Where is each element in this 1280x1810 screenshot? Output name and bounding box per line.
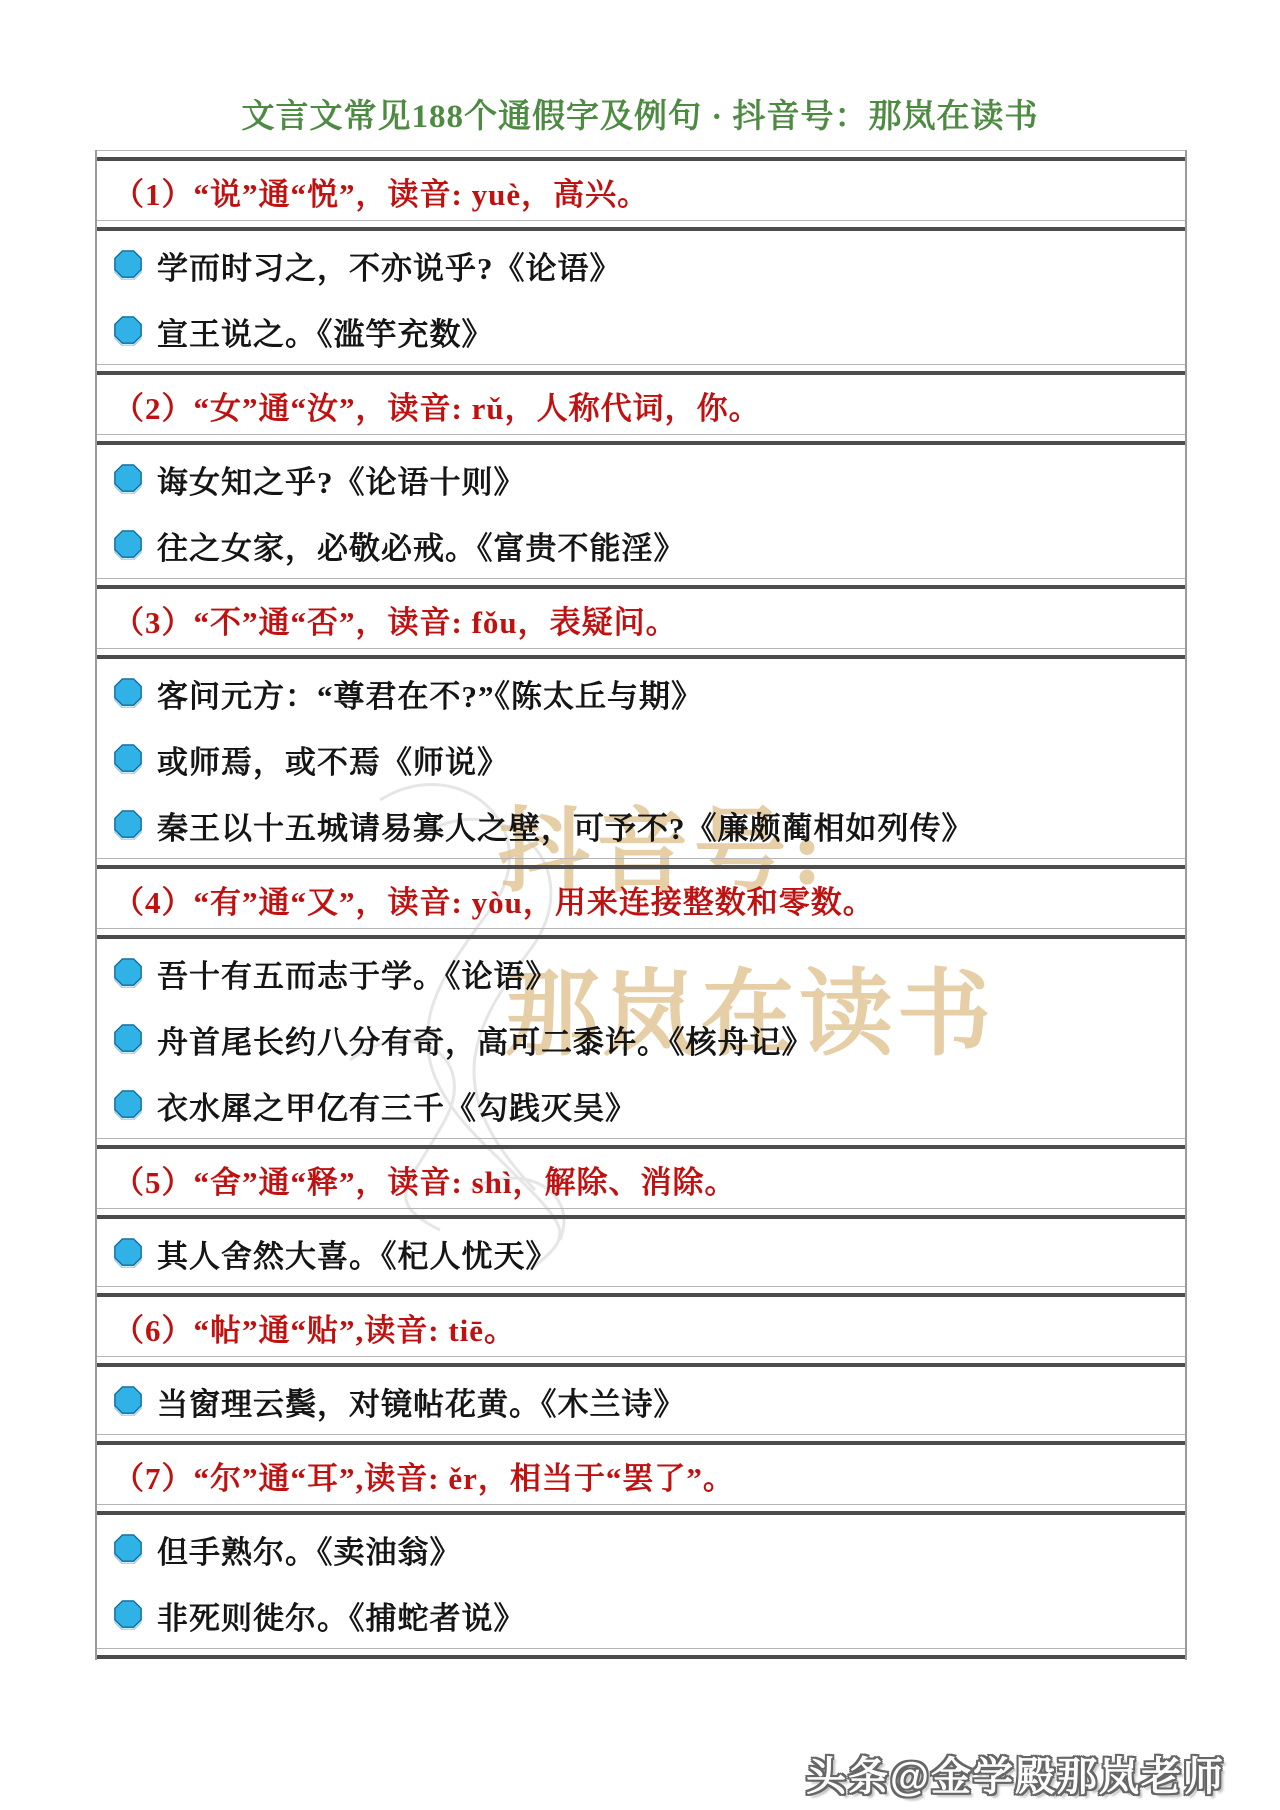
octagon-bullet-icon	[113, 464, 143, 494]
octagon-bullet-icon	[113, 530, 143, 560]
rules-table: （1）“说”通“悦”，读音: yuè，高兴。 学而时习之，不亦说乎?《论语》 宣…	[95, 150, 1187, 1660]
rule-header-text: （6）“帖”通“贴”,读音: tiē。	[113, 1305, 516, 1350]
rule-header-text: （4）“有”通“又”，读音: yòu，用来连接整数和零数。	[113, 877, 875, 922]
row-separator	[97, 578, 1185, 590]
row-separator	[97, 1648, 1185, 1660]
example-text: 学而时习之，不亦说乎?《论语》	[157, 243, 622, 288]
octagon-bullet-icon	[113, 1386, 143, 1416]
rule-header-row: （7）“尔”通“耳”,读音: ěr，相当于“罢了”。	[97, 1446, 1185, 1504]
example-row: 客问元方：“尊君在不?”《陈太丘与期》	[97, 660, 1185, 726]
examples-block: 诲女知之乎?《论语十则》 往之女家，必敬必戒。《富贵不能淫》	[97, 446, 1185, 578]
row-separator	[97, 1138, 1185, 1150]
example-row: 往之女家，必敬必戒。《富贵不能淫》	[97, 512, 1185, 578]
example-text: 诲女知之乎?《论语十则》	[157, 457, 526, 502]
examples-block: 当窗理云鬓，对镜帖花黄。《木兰诗》	[97, 1368, 1185, 1434]
examples-block: 客问元方：“尊君在不?”《陈太丘与期》 或师焉，或不焉《师说》 秦王以十五城请易…	[97, 660, 1185, 858]
example-text: 衣水犀之甲亿有三千《勾践灭吴》	[157, 1083, 637, 1128]
example-row: 或师焉，或不焉《师说》	[97, 726, 1185, 792]
octagon-bullet-icon	[113, 250, 143, 280]
rule-header-row: （2）“女”通“汝”，读音: rǔ，人称代词，你。	[97, 376, 1185, 434]
octagon-bullet-icon	[113, 1600, 143, 1630]
example-text: 当窗理云鬓，对镜帖花黄。《木兰诗》	[157, 1379, 686, 1424]
example-row: 衣水犀之甲亿有三千《勾践灭吴》	[97, 1072, 1185, 1138]
rule-header-text: （5）“舍”通“释”，读音: shì，解除、消除。	[113, 1157, 737, 1202]
rule-header-row: （5）“舍”通“释”，读音: shì，解除、消除。	[97, 1150, 1185, 1208]
rule-header-row: （3）“不”通“否”，读音: fǒu，表疑问。	[97, 590, 1185, 648]
row-separator	[97, 364, 1185, 376]
row-separator	[97, 434, 1185, 446]
row-separator	[97, 1504, 1185, 1516]
row-separator	[97, 1356, 1185, 1368]
octagon-bullet-icon	[113, 1534, 143, 1564]
example-row: 舟首尾长约八分有奇，高可二黍许。《核舟记》	[97, 1006, 1185, 1072]
octagon-bullet-icon	[113, 1024, 143, 1054]
octagon-bullet-icon	[113, 744, 143, 774]
octagon-bullet-icon	[113, 810, 143, 840]
example-text: 其人舍然大喜。《杞人忧天》	[157, 1231, 558, 1276]
example-row: 秦王以十五城请易寡人之壁，可予不?《廉颇蔺相如列传》	[97, 792, 1185, 858]
rule-header-text: （1）“说”通“悦”，读音: yuè，高兴。	[113, 169, 649, 214]
rule-header-row: （4）“有”通“又”，读音: yòu，用来连接整数和零数。	[97, 870, 1185, 928]
row-separator	[97, 220, 1185, 232]
example-row: 学而时习之，不亦说乎?《论语》	[97, 232, 1185, 298]
rule-header-text: （3）“不”通“否”，读音: fǒu，表疑问。	[113, 597, 678, 642]
row-separator	[97, 1434, 1185, 1446]
row-separator	[97, 648, 1185, 660]
example-row: 宣王说之。《滥竽充数》	[97, 298, 1185, 364]
examples-block: 学而时习之，不亦说乎?《论语》 宣王说之。《滥竽充数》	[97, 232, 1185, 364]
rule-header-text: （2）“女”通“汝”，读音: rǔ，人称代词，你。	[113, 383, 761, 428]
examples-block: 吾十有五而志于学。《论语》 舟首尾长约八分有奇，高可二黍许。《核舟记》 衣水犀之…	[97, 940, 1185, 1138]
rule-header-row: （6）“帖”通“贴”,读音: tiē。	[97, 1298, 1185, 1356]
example-text: 非死则徙尔。《捕蛇者说》	[157, 1593, 526, 1638]
octagon-bullet-icon	[113, 678, 143, 708]
page-title: 文言文常见188个通假字及例句 · 抖音号：那岚在读书	[0, 90, 1280, 137]
example-row: 吾十有五而志于学。《论语》	[97, 940, 1185, 1006]
examples-block: 但手熟尔。《卖油翁》 非死则徙尔。《捕蛇者说》	[97, 1516, 1185, 1648]
example-row: 诲女知之乎?《论语十则》	[97, 446, 1185, 512]
row-separator	[97, 1286, 1185, 1298]
example-row: 当窗理云鬓，对镜帖花黄。《木兰诗》	[97, 1368, 1185, 1434]
row-separator	[97, 858, 1185, 870]
example-text: 秦王以十五城请易寡人之壁，可予不?《廉颇蔺相如列传》	[157, 803, 974, 848]
rule-header-row: （1）“说”通“悦”，读音: yuè，高兴。	[97, 162, 1185, 220]
row-separator	[97, 1208, 1185, 1220]
attribution: 头条@金学殿那岚老师	[806, 1745, 1225, 1802]
example-row: 非死则徙尔。《捕蛇者说》	[97, 1582, 1185, 1648]
row-separator	[97, 150, 1185, 162]
row-separator	[97, 928, 1185, 940]
example-text: 往之女家，必敬必戒。《富贵不能淫》	[157, 523, 686, 568]
example-text: 但手熟尔。《卖油翁》	[157, 1527, 462, 1572]
octagon-bullet-icon	[113, 1238, 143, 1268]
example-text: 舟首尾长约八分有奇，高可二黍许。《核舟记》	[157, 1017, 814, 1062]
rule-header-text: （7）“尔”通“耳”,读音: ěr，相当于“罢了”。	[113, 1453, 735, 1498]
examples-block: 其人舍然大喜。《杞人忧天》	[97, 1220, 1185, 1286]
example-text: 吾十有五而志于学。《论语》	[157, 951, 558, 996]
octagon-bullet-icon	[113, 316, 143, 346]
octagon-bullet-icon	[113, 958, 143, 988]
octagon-bullet-icon	[113, 1090, 143, 1120]
example-text: 宣王说之。《滥竽充数》	[157, 309, 494, 354]
example-row: 但手熟尔。《卖油翁》	[97, 1516, 1185, 1582]
example-text: 客问元方：“尊君在不?”《陈太丘与期》	[157, 671, 703, 716]
example-row: 其人舍然大喜。《杞人忧天》	[97, 1220, 1185, 1286]
example-text: 或师焉，或不焉《师说》	[157, 737, 509, 782]
